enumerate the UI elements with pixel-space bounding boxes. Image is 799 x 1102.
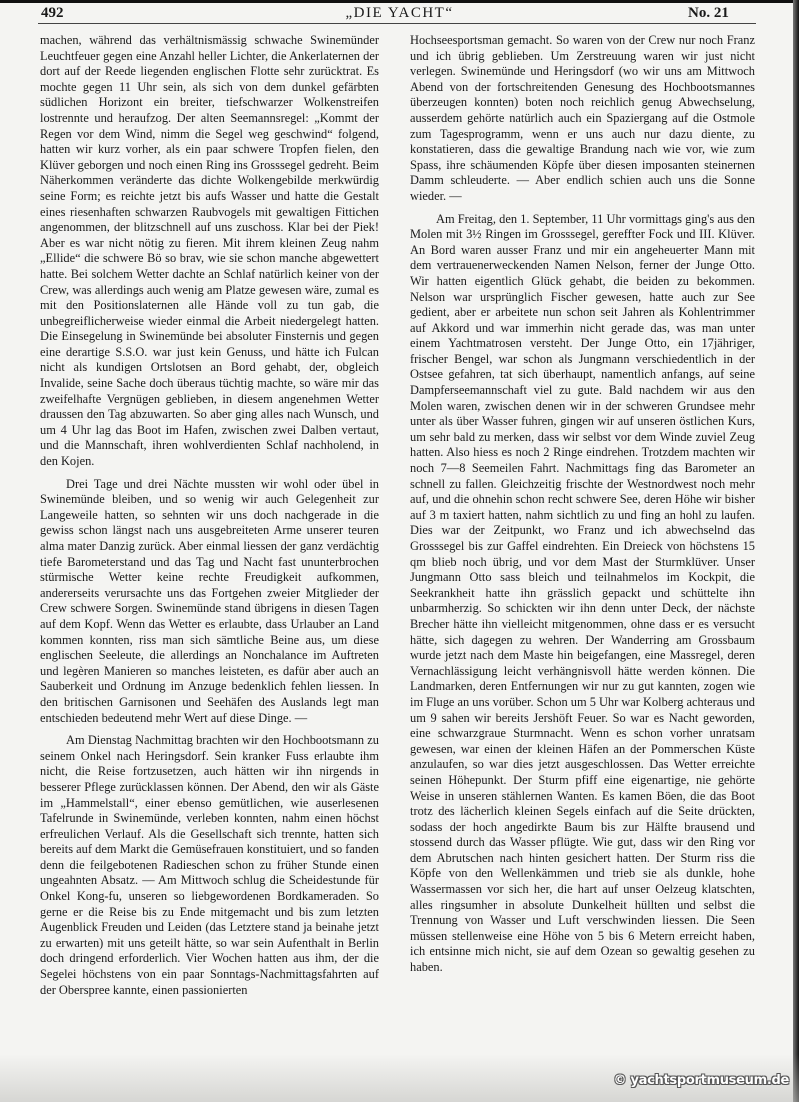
running-header: 492 „DIE YACHT“ No. 21 <box>0 3 799 23</box>
paragraph: machen, während das verhältnismässig sch… <box>40 33 379 470</box>
scan-right-edge <box>793 0 799 1102</box>
issue-number: No. 21 <box>688 5 729 22</box>
paragraph: Drei Tage und drei Nächte mussten wir wo… <box>40 477 379 727</box>
header-rule <box>38 23 756 24</box>
left-column: machen, während das verhältnismässig sch… <box>40 33 379 998</box>
paragraph: Hochseesportsman gemacht. So waren von d… <box>410 33 755 205</box>
journal-title: „DIE YACHT“ <box>0 5 799 22</box>
right-column: Hochseesportsman gemacht. So waren von d… <box>410 33 755 976</box>
copyright-watermark: © yachtsportmuseum.de <box>614 1073 789 1088</box>
paragraph: Am Freitag, den 1. September, 11 Uhr vor… <box>410 212 755 976</box>
paragraph: Am Dienstag Nachmittag brachten wir den … <box>40 733 379 998</box>
